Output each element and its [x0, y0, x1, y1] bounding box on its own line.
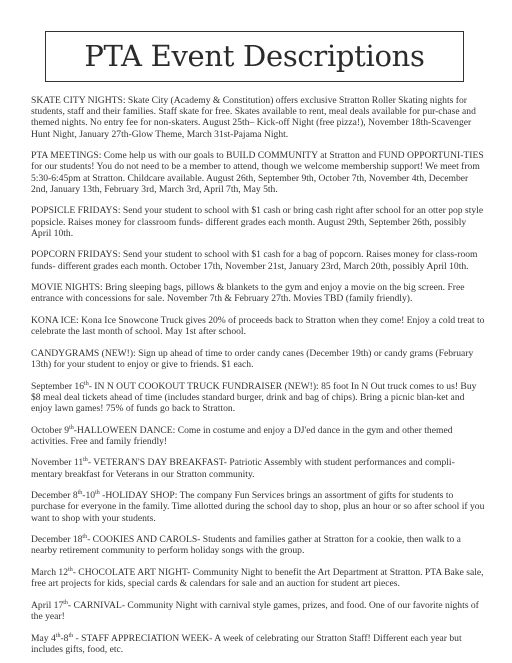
event-in-n-out-fundraiser: September 16th- IN N OUT COOKOUT TRUCK F…	[31, 381, 486, 415]
event-cookies-and-carols: December 18th- COOKIES AND CAROLS- Stude…	[31, 534, 486, 556]
page-title: PTA Event Descriptions	[84, 42, 424, 71]
event-halloween-dance: October 9th-HALLOWEEN DANCE: Come in cos…	[31, 425, 486, 447]
event-popcorn-fridays: POPCORN FRIDAYS: Send your student to sc…	[31, 249, 486, 271]
title-box: PTA Event Descriptions	[45, 31, 464, 82]
event-pta-meetings: PTA MEETINGS: Come help us with our goal…	[31, 150, 486, 195]
event-carnival: April 17th- CARNIVAL- Community Night wi…	[31, 600, 486, 622]
event-holiday-shop: December 8th-10th -HOLIDAY SHOP: The com…	[31, 490, 486, 524]
event-skate-city-nights: SKATE CITY NIGHTS: Skate City (Academy &…	[31, 95, 486, 140]
event-chocolate-art-night: March 12th- CHOCOLATE ART NIGHT- Communi…	[31, 567, 486, 589]
event-kona-ice: KONA ICE: Kona Ice Snowcone Truck gives …	[31, 315, 486, 337]
event-movie-nights: MOVIE NIGHTS: Bring sleeping bags, pillo…	[31, 282, 486, 304]
event-veterans-day-breakfast: November 11th- VETERAN'S DAY BREAKFAST- …	[31, 457, 486, 479]
event-staff-appreciation-week: May 4th-8th - STAFF APPRECIATION WEEK- A…	[31, 633, 486, 655]
event-candygrams: CANDYGRAMS (NEW!): Sign up ahead of time…	[31, 348, 486, 370]
event-popsicle-fridays: POPSICLE FRIDAYS: Send your student to s…	[31, 205, 486, 239]
event-list: SKATE CITY NIGHTS: Skate City (Academy &…	[31, 95, 486, 663]
